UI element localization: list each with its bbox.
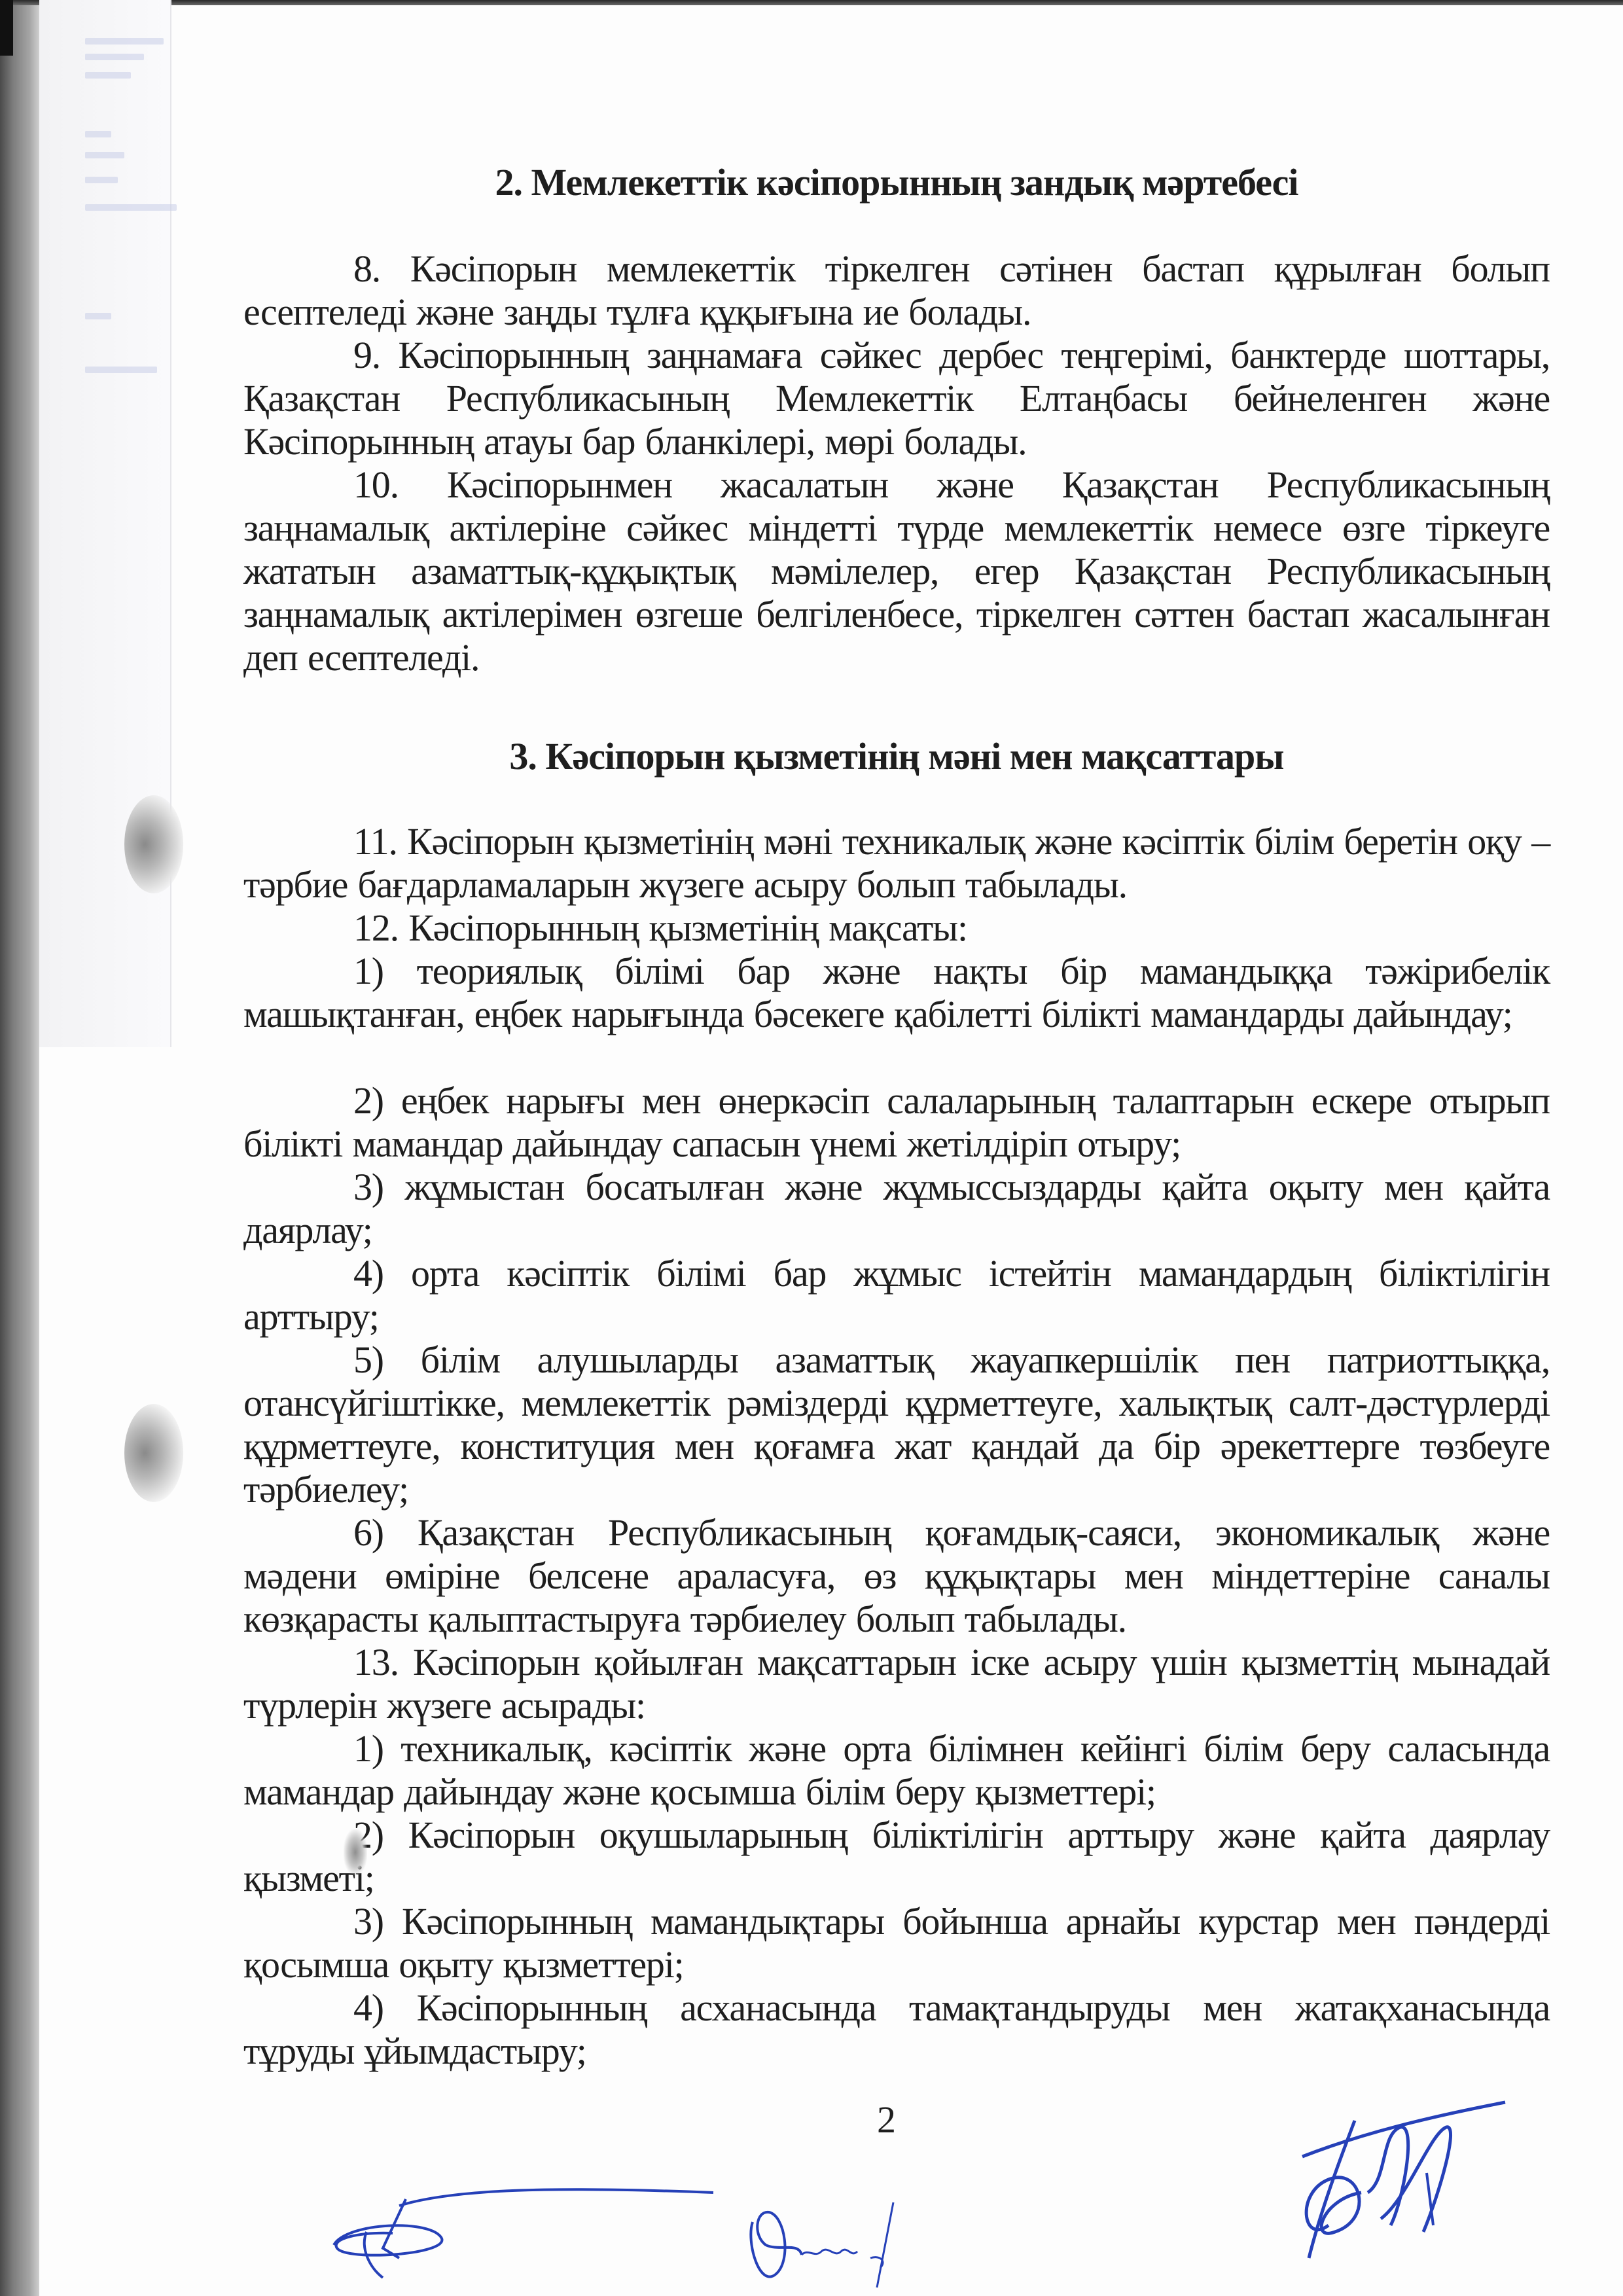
paragraph-8: 8. Кәсіпорын мемлекеттік тіркелген сәтін… [243,247,1550,334]
list-item: 6) Қазақстан Республикасының қоғамдық-са… [243,1511,1550,1641]
paragraph-text: 8. Кәсіпорын мемлекеттік тіркелген сәтін… [243,247,1550,333]
paragraph-13: 13. Кәсіпорын қойылған мақсаттарын іске … [243,1641,1550,1727]
list-item: 4) орта кәсіптік білімі бар жұмыс істейт… [243,1252,1550,1338]
list-item: 2) еңбек нарығы мен өнеркәсіп салаларыны… [243,1079,1550,1166]
paragraph-10: 10. Кәсіпорынмен жасалатын және Қазақста… [243,463,1550,679]
punch-hole [124,795,183,893]
scan-top-edge [0,0,1623,5]
signature-2 [740,2196,923,2294]
bleed-through-mark [85,204,177,211]
paragraph-text: 9. Кәсіпорынның заңнамаға сәйкес дербес … [243,334,1550,463]
paragraph-text: 13. Кәсіпорын қойылған мақсаттарын іске … [243,1641,1550,1727]
list-item: 3) жұмыстан босатылған және жұмыссыздард… [243,1166,1550,1252]
paragraph-text: 2) еңбек нарығы мен өнеркәсіп салаларыны… [243,1079,1550,1165]
paragraph-9: 9. Кәсіпорынның заңнамаға сәйкес дербес … [243,334,1550,463]
list-item: 1) техникалық, кәсіптік және орта білімн… [243,1727,1550,1814]
paragraph-text: 6) Қазақстан Республикасының қоғамдық-са… [243,1511,1550,1640]
paragraph-text: 5) білім алушыларды азаматтық жауапкерші… [243,1338,1550,1511]
paragraph-text: 4) орта кәсіптік білімі бар жұмыс істейт… [243,1252,1550,1338]
paragraph-11: 11. Кәсіпорын қызметінің мәні техникалық… [243,820,1550,906]
bleed-through-mark [85,367,157,373]
scan-smudge [344,1829,367,1875]
bleed-through-mark [85,54,144,60]
bleed-through-mark [85,152,124,158]
bleed-through-mark [85,38,164,45]
paragraph-text: 3) жұмыстан босатылған және жұмыссыздард… [243,1166,1550,1251]
bleed-through-mark [85,313,111,319]
list-item: 5) білім алушыларды азаматтық жауапкерші… [243,1338,1550,1511]
list-item: 1) теориялық білімі бар және нақты бір м… [243,950,1550,1036]
section-heading: 3. Кәсіпорын қызметінің мәні мен мақсатт… [243,734,1550,778]
paragraph-text: 1) техникалық, кәсіптік және орта білімн… [243,1727,1550,1813]
bleed-through-mark [85,177,118,183]
paragraph-text: 4) Кәсіпорынның асханасында тамақтандыру… [243,1986,1550,2072]
scan-corner [0,0,13,56]
paragraph-text: 2) Кәсіпорын оқушыларының біліктілігін а… [243,1814,1550,1899]
section-heading: 2. Мемлекеттік кәсіпорынның зандық мәрте… [243,160,1550,204]
paragraph-text: 1) теориялық білімі бар және нақты бір м… [243,950,1550,1035]
bleed-through-mark [85,131,111,137]
paragraph-text: 11. Кәсіпорын қызметінің мәні техникалық… [243,820,1550,906]
bleed-through-mark [85,72,131,79]
list-item: 3) Кәсіпорынның мамандықтары бойынша арн… [243,1900,1550,1986]
paragraph-text: 3) Кәсіпорынның мамандықтары бойынша арн… [243,1900,1550,1986]
paragraph-text: 10. Кәсіпорынмен жасалатын және Қазақста… [243,463,1550,679]
scan-edge [0,0,39,2296]
paragraph-text: 12. Кәсіпорынның қызметінің мақсаты: [353,906,967,949]
list-item: 4) Кәсіпорынның асханасында тамақтандыру… [243,1986,1550,2073]
page-number: 2 [877,2098,896,2142]
signature-1 [321,2186,726,2284]
paragraph-12: 12. Кәсіпорынның қызметінің мақсаты: [243,906,1550,950]
signature-3 [1283,2094,1518,2265]
list-item: 2) Кәсіпорын оқушыларының біліктілігін а… [243,1814,1550,1900]
punch-hole [124,1404,183,1502]
